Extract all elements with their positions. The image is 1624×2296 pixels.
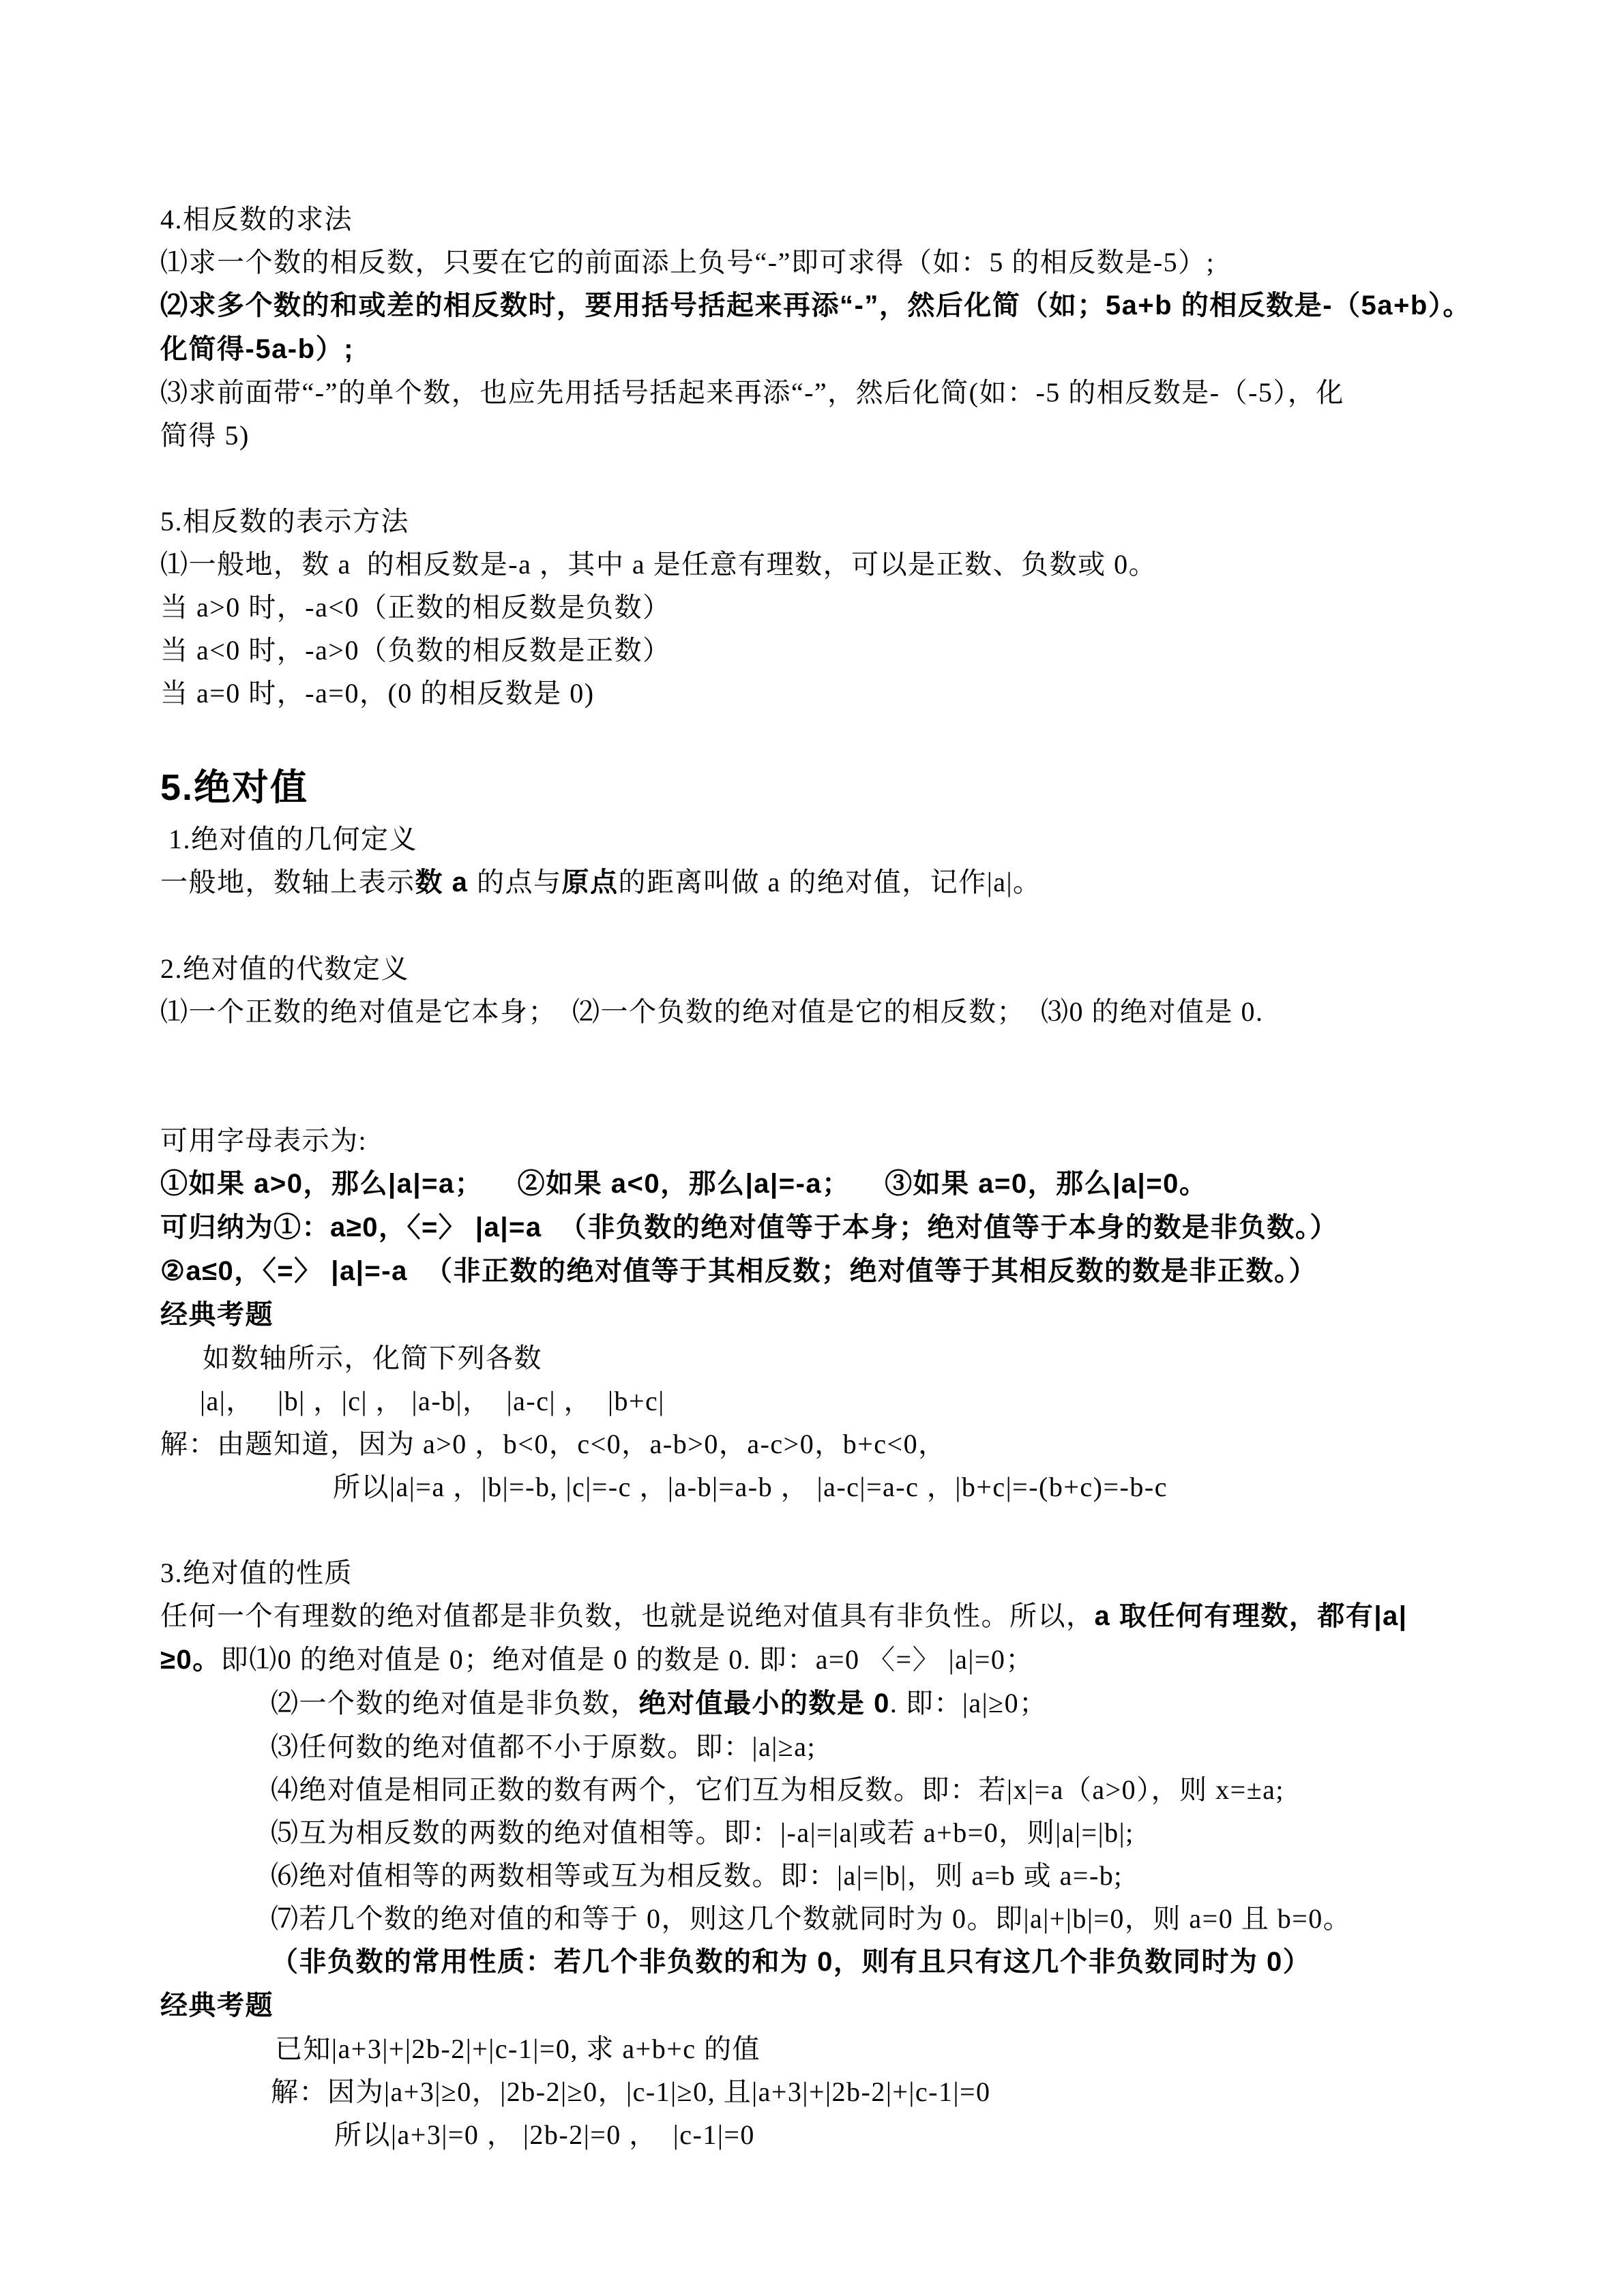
text-line: 2.绝对值的代数定义 [160,947,1569,990]
text-segment: ⑺若几个数的绝对值的和等于 0，则这几个数就同时为 0。即|a|+|b|=0，则… [271,1903,1351,1934]
text-line: 化简得-5a-b）; [160,327,1569,371]
text-segment: ⑴一个正数的绝对值是它本身； ⑵一个负数的绝对值是它的相反数； ⑶0 的绝对值是… [160,996,1264,1027]
text-line: |a|， |b| ，|c| ， |a-b|， |a-c| ， |b+c| [200,1380,1569,1422]
text-line: ⑵一个数的绝对值是非负数，绝对值最小的数是 0. 即：|a|≥0； [271,1682,1569,1725]
bold-text-segment: ②a≤0，〈=〉 |a|=-a （非正数的绝对值等于其相反数；绝对值等于其相反数… [160,1256,1317,1286]
text-segment: 如数轴所示，化简下列各数 [203,1343,542,1373]
text-segment: 的点与 [477,867,562,897]
bold-text-segment: 绝对值最小的数是 0 [639,1688,890,1718]
text-segment: 1.绝对值的几何定义 [168,824,417,854]
text-line: 4.相反数的求法 [160,198,1569,241]
text-line: 一般地，数轴上表示数 a 的点与原点的距离叫做 a 的绝对值，记作|a|。 [160,861,1569,904]
blank-line [160,904,1569,947]
text-line: 经典考题 [160,1293,1569,1337]
bold-text-segment: ⑵求多个数的和或差的相反数时，要用括号括起来再添“-”，然后化简（如；5a+b … [160,290,1471,320]
text-line: 可用字母表示为: [160,1119,1569,1162]
text-segment: ⑸互为相反数的两数的绝对值相等。即：|-a|=|a|或若 a+b=0，则|a|=… [271,1817,1134,1848]
text-segment: ⑴一般地，数 a 的相反数是-a ，其中 a 是任意有理数，可以是正数、负数或 … [160,549,1157,580]
blank-line [160,1076,1569,1119]
text-line: ⑹绝对值相等的两数相等或互为相反数。即：|a|=|b|，则 a=b 或 a=-b… [271,1854,1569,1897]
text-segment: 2.绝对值的代数定义 [160,953,409,984]
text-line: ②a≤0，〈=〉 |a|=-a （非正数的绝对值等于其相反数；绝对值等于其相反数… [160,1249,1569,1293]
text-line: ⑷绝对值是相同正数的数有两个，它们互为相反数。即：若|x|=a（a>0），则 x… [271,1768,1569,1811]
text-line: （非负数的常用性质：若几个非负数的和为 0，则有且只有这几个非负数同时为 0） [271,1940,1569,1984]
bold-text-segment: 数 a [415,867,477,897]
text-line: ⑶任何数的绝对值都不小于原数。即：|a|≥a; [271,1725,1569,1768]
text-line: 简得 5) [160,414,1569,457]
text-line: 可归纳为①：a≥0，〈=〉 |a|=a （非负数的绝对值等于本身；绝对值等于本身… [160,1206,1569,1249]
text-segment: 3.绝对值的性质 [160,1557,353,1588]
bold-text-segment: ≥0。 [160,1645,221,1675]
text-line: 5.绝对值 [160,758,1569,818]
text-line: 当 a<0 时，-a>0（负数的相反数是正数） [160,629,1569,672]
text-segment: 的距离叫做 a 的绝对值，记作|a|。 [618,867,1041,897]
text-line: ⑴一个正数的绝对值是它本身； ⑵一个负数的绝对值是它的相反数； ⑶0 的绝对值是… [160,990,1569,1033]
text-segment: . 即：|a|≥0； [890,1688,1048,1718]
blank-line [160,1033,1569,1076]
bold-text-segment: 原点 [561,867,618,897]
text-segment: 当 a>0 时，-a<0（正数的相反数是负数） [160,592,670,623]
text-segment: 解：因为|a+3|≥0，|2b-2|≥0，|c-1|≥0, 且|a+3|+|2b… [271,2076,991,2107]
blank-line [160,715,1569,758]
text-line: 如数轴所示，化简下列各数 [203,1337,1569,1380]
text-line: 5.相反数的表示方法 [160,500,1569,543]
text-line: 1.绝对值的几何定义 [168,818,1569,861]
bold-text-segment: ①如果 a>0，那么|a|=a； ②如果 a<0，那么|a|=-a； ③如果 a… [160,1169,1207,1199]
text-line: ⑸互为相反数的两数的绝对值相等。即：|-a|=|a|或若 a+b=0，则|a|=… [271,1811,1569,1854]
document-page: 4.相反数的求法⑴求一个数的相反数，只要在它的前面添上负号“-”即可求得（如：5… [0,0,1624,2296]
bold-text-segment: 可归纳为①：a≥0，〈=〉 |a|=a （非负数的绝对值等于本身；绝对值等于本身… [160,1212,1338,1242]
text-segment: 所以|a|=a ，|b|=-b, |c|=-c ，|a-b|=a-b ， |a-… [333,1472,1168,1502]
text-segment: ⑶求前面带“-”的单个数，也应先用括号括起来再添“-”，然后化简(如：-5 的相… [160,377,1344,408]
text-segment: 简得 5) [160,420,250,451]
text-line: ⑶求前面带“-”的单个数，也应先用括号括起来再添“-”，然后化简(如：-5 的相… [160,371,1569,414]
text-line: 经典考题 [160,1984,1569,2027]
text-segment: ⑷绝对值是相同正数的数有两个，它们互为相反数。即：若|x|=a（a>0），则 x… [271,1774,1284,1805]
text-segment: 5.相反数的表示方法 [160,506,409,537]
text-line: 3.绝对值的性质 [160,1551,1569,1594]
text-line: 所以|a+3|=0 ， |2b-2|=0 ， |c-1|=0 [334,2113,1569,2156]
text-segment: 已知|a+3|+|2b-2|+|c-1|=0, 求 a+b+c 的值 [275,2033,761,2064]
text-segment: 所以|a+3|=0 ， |2b-2|=0 ， |c-1|=0 [334,2119,755,2150]
text-line: 所以|a|=a ，|b|=-b, |c|=-c ，|a-b|=a-b ， |a-… [333,1465,1569,1508]
text-line: 解：因为|a+3|≥0，|2b-2|≥0，|c-1|≥0, 且|a+3|+|2b… [271,2070,1569,2113]
text-line: ⑴一般地，数 a 的相反数是-a ，其中 a 是任意有理数，可以是正数、负数或 … [160,543,1569,586]
text-line: 任何一个有理数的绝对值都是非负数，也就是说绝对值具有非负性。所以，a 取任何有理… [160,1594,1569,1638]
text-line: ⑺若几个数的绝对值的和等于 0，则这几个数就同时为 0。即|a|+|b|=0，则… [271,1897,1569,1940]
bold-text-segment: 经典考题 [160,1300,274,1330]
blank-line [160,457,1569,500]
bold-text-segment: 化简得-5a-b）; [160,334,354,364]
text-segment: 即⑴0 的绝对值是 0；绝对值是 0 的数是 0. 即：a=0 〈=〉 |a|=… [221,1644,1034,1675]
text-segment: 可用字母表示为: [160,1125,367,1156]
text-segment: 任何一个有理数的绝对值都是非负数，也就是说绝对值具有非负性。所以， [160,1600,1095,1631]
text-segment: 解：由题知道，因为 a>0 ，b<0，c<0，a-b>0，a-c>0，b+c<0… [160,1429,947,1459]
text-segment: ⑹绝对值相等的两数相等或互为相反数。即：|a|=|b|，则 a=b 或 a=-b… [271,1860,1123,1891]
text-segment: 当 a<0 时，-a>0（负数的相反数是正数） [160,635,670,666]
text-segment: ⑵一个数的绝对值是非负数， [271,1688,639,1718]
bold-text-segment: （非负数的常用性质：若几个非负数的和为 0，则有且只有这几个非负数同时为 0） [271,1947,1311,1977]
text-line: 已知|a+3|+|2b-2|+|c-1|=0, 求 a+b+c 的值 [275,2027,1569,2070]
text-segment: 一般地，数轴上表示 [160,867,415,897]
text-line: ⑵求多个数的和或差的相反数时，要用括号括起来再添“-”，然后化简（如；5a+b … [160,284,1569,327]
bold-text-segment: a 取任何有理数，都有|a| [1095,1601,1408,1631]
bold-text-segment: 经典考题 [160,1991,274,2021]
text-line: 当 a=0 时，-a=0，(0 的相反数是 0) [160,672,1569,715]
text-segment: ⑶任何数的绝对值都不小于原数。即：|a|≥a; [271,1731,816,1762]
text-line: ⑴求一个数的相反数，只要在它的前面添上负号“-”即可求得（如：5 的相反数是-5… [160,241,1569,284]
text-segment: 4.相反数的求法 [160,204,353,235]
text-segment: ⑴求一个数的相反数，只要在它的前面添上负号“-”即可求得（如：5 的相反数是-5… [160,247,1215,278]
bold-text-segment: 5.绝对值 [160,767,308,808]
text-segment: |a|， |b| ，|c| ， |a-b|， |a-c| ， |b+c| [200,1386,665,1416]
text-line: 解：由题知道，因为 a>0 ，b<0，c<0，a-b>0，a-c>0，b+c<0… [160,1422,1569,1465]
text-line: 当 a>0 时，-a<0（正数的相反数是负数） [160,586,1569,629]
text-line: ≥0。即⑴0 的绝对值是 0；绝对值是 0 的数是 0. 即：a=0 〈=〉 |… [160,1638,1569,1682]
text-line: ①如果 a>0，那么|a|=a； ②如果 a<0，那么|a|=-a； ③如果 a… [160,1162,1569,1206]
text-segment: 当 a=0 时，-a=0，(0 的相反数是 0) [160,678,595,709]
blank-line [160,1508,1569,1551]
